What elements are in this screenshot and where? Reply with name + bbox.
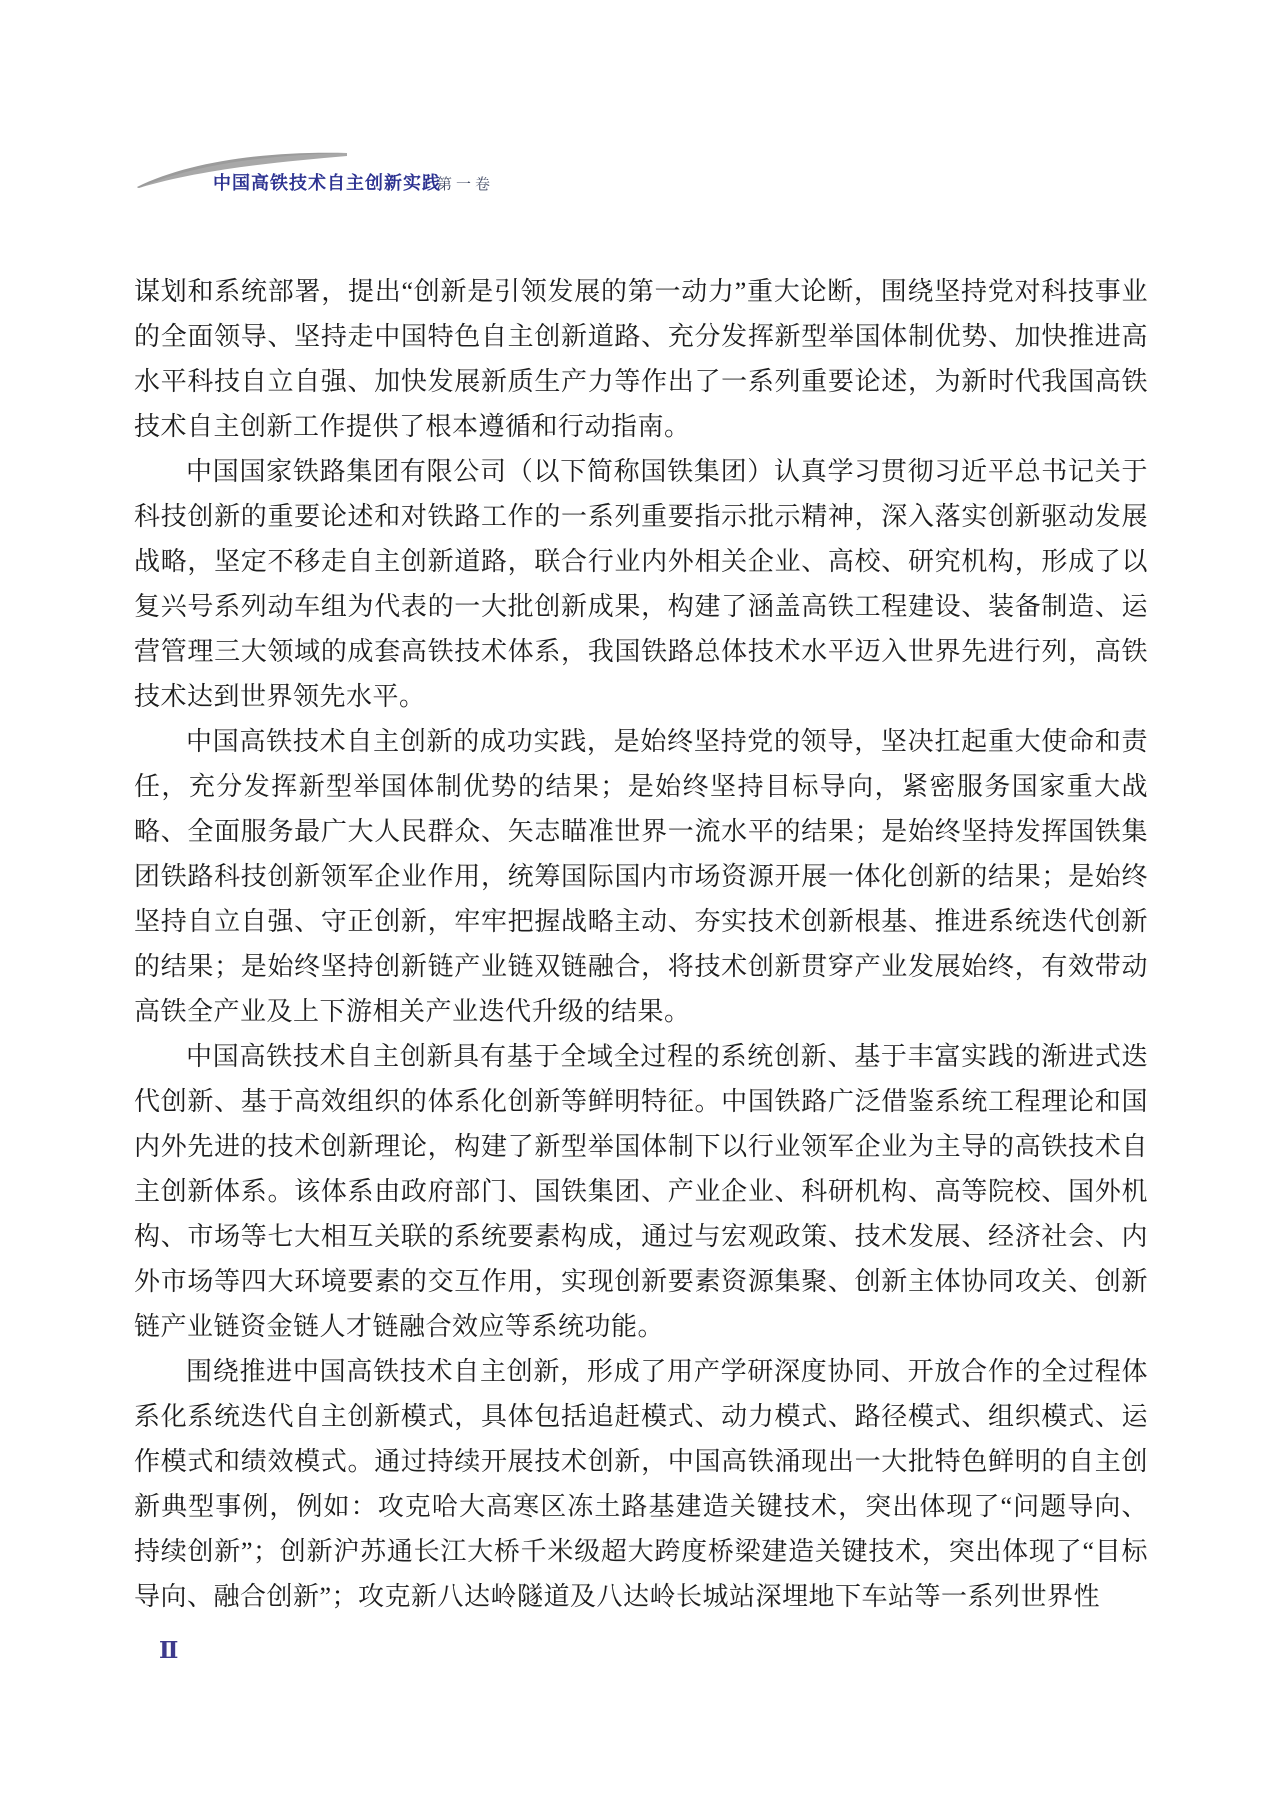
volume-label: 第一卷 — [437, 173, 494, 194]
page-number: Ⅱ — [159, 1637, 178, 1664]
paragraph-4: 中国高铁技术自主创新具有基于全域全过程的系统创新、基于丰富实践的渐进式迭代创新、… — [134, 1034, 1148, 1349]
paragraph-3: 中国高铁技术自主创新的成功实践，是始终坚持党的领导，坚决扛起重大使命和责任，充分… — [134, 719, 1148, 1034]
paragraph-2: 中国国家铁路集团有限公司（以下简称国铁集团）认真学习贯彻习近平总书记关于科技创新… — [134, 449, 1148, 719]
body-text-block: 谋划和系统部署，提出“创新是引领发展的第一动力”重大论断，围绕坚持党对科技事业的… — [134, 269, 1148, 1619]
book-page: 中国高铁技术自主创新实践 第一卷 谋划和系统部署，提出“创新是引领发展的第一动力… — [0, 0, 1280, 1810]
book-title: 中国高铁技术自主创新实践 — [213, 169, 441, 195]
page-header: 中国高铁技术自主创新实践 第一卷 — [0, 0, 1280, 210]
paragraph-1: 谋划和系统部署，提出“创新是引领发展的第一动力”重大论断，围绕坚持党对科技事业的… — [134, 269, 1148, 449]
paragraph-5: 围绕推进中国高铁技术自主创新，形成了用产学研深度协同、开放合作的全过程体系化系统… — [134, 1349, 1148, 1619]
